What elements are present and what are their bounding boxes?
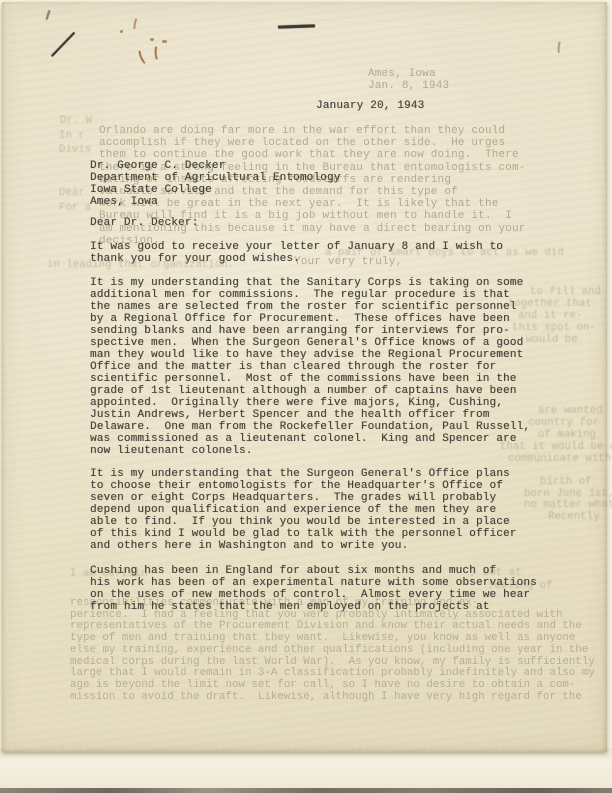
text-line: his work has been of an experimental nat… [90, 577, 537, 589]
ghost-text-fragment: to fill and [530, 287, 601, 298]
text-line: depend upon qualification and experience… [90, 504, 517, 516]
paper-crease [486, 38, 606, 50]
paper-crease [409, 0, 468, 24]
paper-crease [60, 6, 308, 38]
text-line: It was good to receive your letter of Ja… [90, 241, 503, 253]
text-line: sending blanks and have been arranging f… [90, 325, 530, 337]
text-line: Ames, Iowa [368, 68, 449, 80]
scan-bottom-edge [0, 788, 612, 793]
ghost-text-fragment: In r [59, 131, 85, 142]
letter-paragraph-2: It is my understanding that the Sanitary… [90, 277, 530, 457]
letter-paragraph-4: Cushing has been in England for about si… [90, 565, 537, 613]
ghost-text-fragment: country for [528, 418, 599, 429]
text-line: scientific personnel. Most of the commis… [90, 373, 530, 385]
text-line: and others here in Washington and to wri… [90, 540, 517, 552]
staple-mark [278, 24, 315, 28]
text-line: accomplish if they were located on the o… [99, 137, 526, 149]
salutation: Dear Dr. Decker: [90, 217, 198, 229]
letter-paragraph-3: It is my understanding that the Surgeon … [90, 468, 517, 564]
rust-stain [162, 40, 167, 43]
rust-stain [138, 49, 150, 67]
ghost-text-fragment: birth of [540, 477, 592, 488]
text-line: grade of 1st lieutenant although a numbe… [90, 385, 530, 397]
text-line: now lieutenant colonels. [90, 445, 530, 457]
ghost-text-fragment: of making [538, 430, 596, 441]
text-line: by a Regional Office for Procurement. Th… [90, 313, 530, 325]
paper-crease [302, 16, 481, 34]
text-line: the names are selected from the roster f… [90, 301, 530, 313]
text-line: able to find. If you think you would be … [90, 516, 517, 528]
recipient-address-block: Dr. George C. DeckerDepartment of Agricu… [90, 160, 341, 208]
text-line: It is my understanding that the Surgeon … [90, 468, 517, 480]
text-line: It is my understanding that the Sanitary… [90, 277, 530, 289]
letter-sheet: Ames, IowaJan. 8, 1943 Orlando are doing… [2, 2, 607, 752]
text-line: thank you for your good wishes. [90, 253, 503, 265]
ghost-text-fragment: are wanted [538, 406, 603, 417]
text-line: Justin Andrews, Herbert Spencer and the … [90, 409, 530, 421]
text-line [90, 552, 517, 564]
text-line: Department of Agricultural Entomology [90, 172, 341, 184]
text-line: was commissioned as a lieutenant colonel… [90, 433, 530, 445]
text-line: Delaware. One man from the Rockefeller F… [90, 421, 530, 433]
text-line: Cushing has been in England for about si… [90, 565, 537, 577]
text-line: mission to avoid the draft. Likewise, al… [70, 692, 595, 704]
text-line: man they would like to have they advise … [90, 349, 530, 361]
ghost-text-fragment: For a [59, 203, 91, 214]
text-line: spective men. When the Surgeon General's… [90, 337, 530, 349]
ghost-text-fragment: Divis [59, 145, 91, 156]
ghost-text-fragment: no matter what [524, 500, 612, 511]
text-line: Iowa State College [90, 184, 341, 196]
rust-stain [150, 38, 154, 41]
ghost-bottom-block: responsibilities commensurate with a man… [70, 598, 595, 703]
text-line: Dr. George C. Decker [90, 160, 341, 172]
rust-stain [120, 30, 123, 33]
text-line: age is beyond the limit now set for call… [70, 680, 595, 692]
text-line: Jan. 8, 1943 [368, 80, 449, 92]
text-line: of this kind I would be glad to talk wit… [90, 528, 517, 540]
pen-mark [45, 10, 50, 20]
ghost-text-fragment: Recently [548, 512, 600, 523]
text-line: appointed. Originally there were five ma… [90, 397, 530, 409]
text-line: from him he states that the men employed… [90, 601, 537, 613]
text-line: seven or eight Corps Headquarters. The g… [90, 492, 517, 504]
letter-date: January 20, 1943 [316, 100, 424, 112]
ghost-text-fragment: Dr. W [60, 116, 92, 127]
letter-paragraph-1: It was good to receive your letter of Ja… [90, 241, 503, 265]
ghost-text-fragment: Dear [59, 188, 85, 199]
rust-stain [153, 47, 163, 64]
text-line: Ames, Iowa [90, 196, 341, 208]
text-line: additional men for commissions. The regu… [90, 289, 530, 301]
text-line: else my training, experience and other q… [70, 645, 595, 657]
text-line: Office and the matter is than cleared th… [90, 361, 530, 373]
ghost-reply-heading: Ames, IowaJan. 8, 1943 [368, 68, 449, 92]
text-line: Orlando are doing far more in the war ef… [99, 125, 526, 137]
ghost-text-fragment: would be [526, 335, 578, 346]
under-sheet [0, 748, 612, 793]
text-line: to choose their entomologists for the He… [90, 480, 517, 492]
text-line: on the uses of new methods of control. A… [90, 589, 537, 601]
paper-crease [8, 152, 73, 182]
scanned-letter-scan: Ames, IowaJan. 8, 1943 Orlando are doing… [0, 0, 612, 793]
